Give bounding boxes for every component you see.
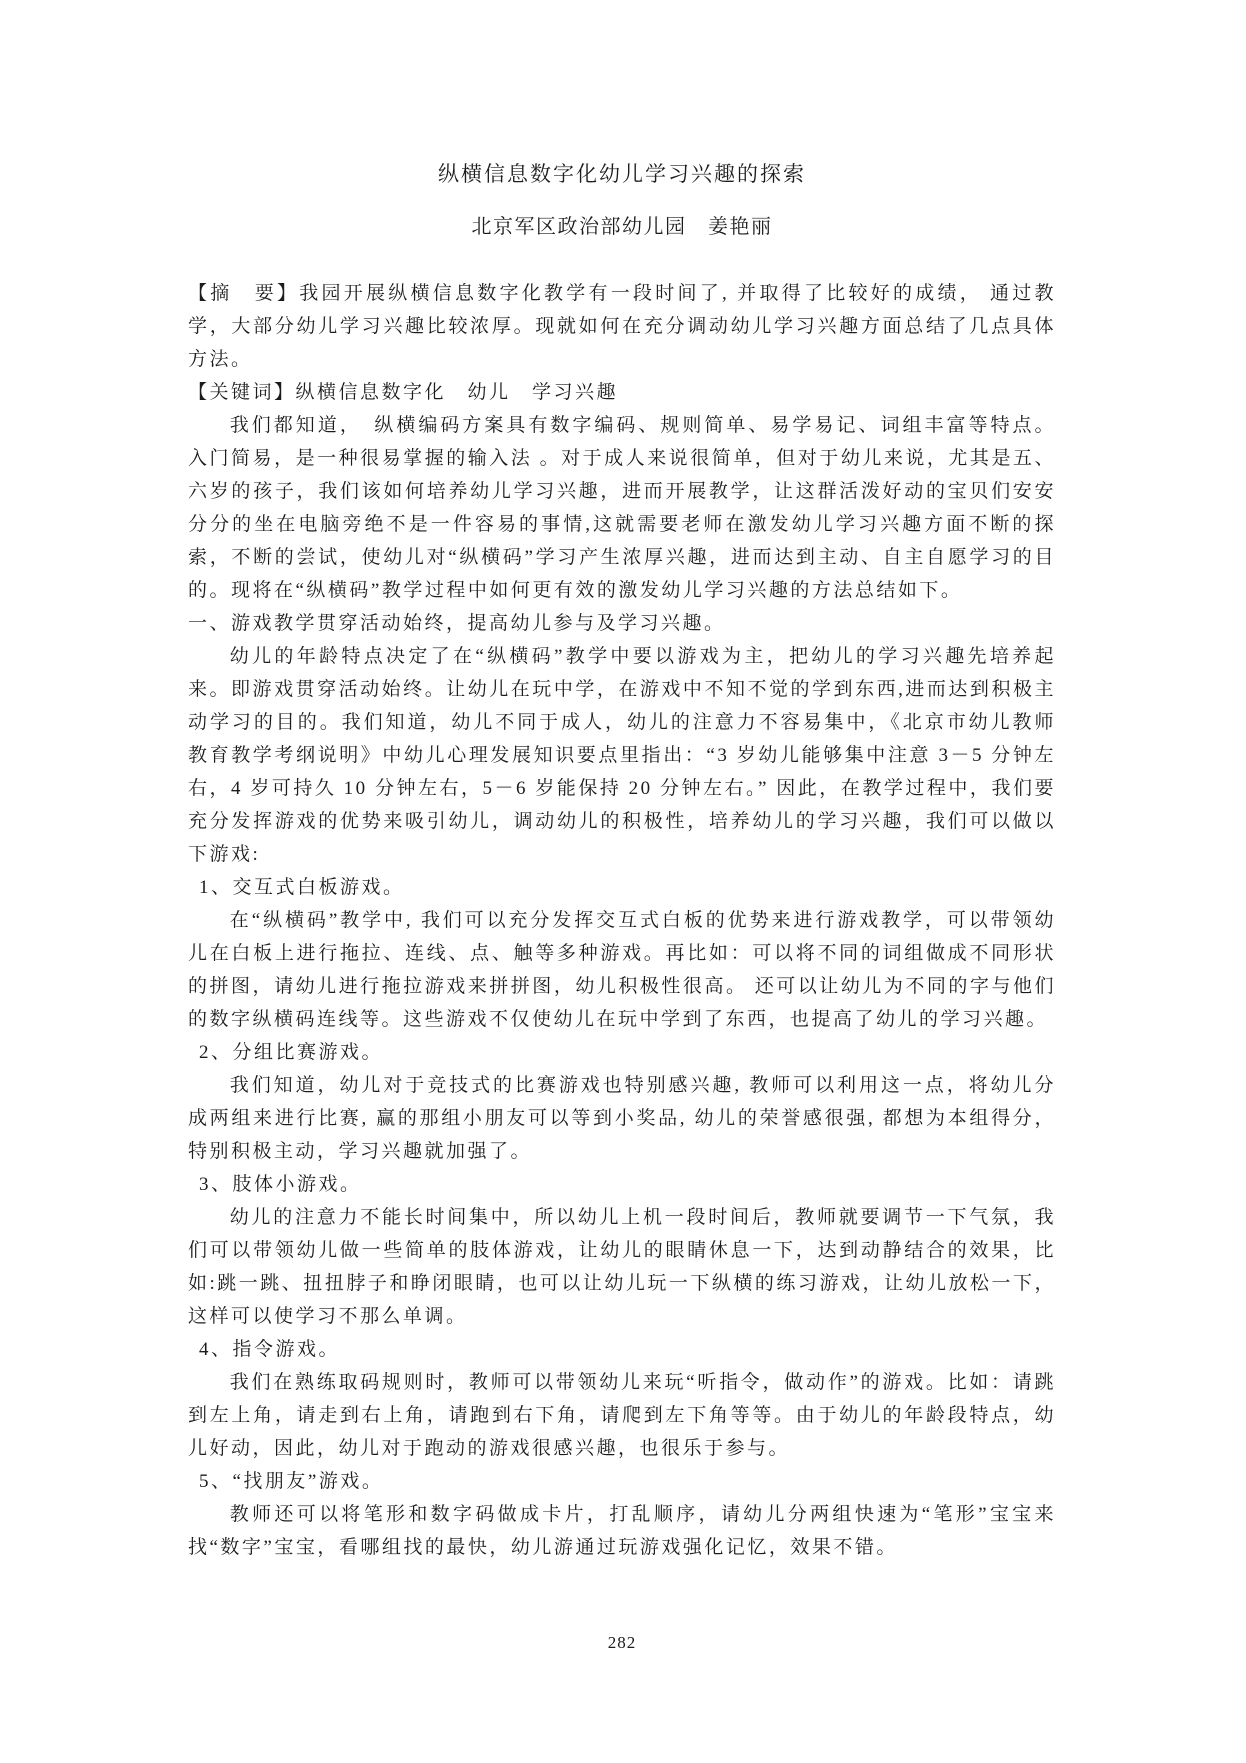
subheading-game-3: 3、肢体小游戏。 [188,1168,1056,1201]
subheading-game-1: 1、交互式白板游戏。 [188,871,1056,904]
game-2-paragraph: 我们知道，幼儿对于竞技式的比赛游戏也特别感兴趣, 教师可以利用这一点，将幼儿分成… [188,1069,1056,1168]
text-column: 纵横信息数字化幼儿学习兴趣的探索 北京军区政治部幼儿园 姜艳丽 【摘 要】我园开… [188,0,1056,1564]
subheading-game-2: 2、分组比赛游戏。 [188,1036,1056,1069]
game-3-paragraph: 幼儿的注意力不能长时间集中，所以幼儿上机一段时间后，教师就要调节一下气氛，我们可… [188,1201,1056,1333]
page-number: 282 [188,1632,1056,1654]
intro-paragraph: 我们都知道， 纵横编码方案具有数字编码、规则简单、易学易记、词组丰富等特点。入门… [188,409,1056,607]
section-1-paragraph: 幼儿的年龄特点决定了在“纵横码”教学中要以游戏为主，把幼儿的学习兴趣先培养起来。… [188,640,1056,871]
paper-page: 纵横信息数字化幼儿学习兴趣的探索 北京军区政治部幼儿园 姜艳丽 【摘 要】我园开… [0,0,1246,1763]
game-5-paragraph: 教师还可以将笔形和数字码做成卡片，打乱顺序，请幼儿分两组快速为“笔形”宝宝来找“… [188,1498,1056,1564]
paper-title: 纵横信息数字化幼儿学习兴趣的探索 [188,158,1056,191]
author-affiliation-line: 北京军区政治部幼儿园 姜艳丽 [188,211,1056,244]
section-heading-1: 一、游戏教学贯穿活动始终，提高幼儿参与及学习兴趣。 [188,607,1056,640]
game-1-paragraph: 在“纵横码”教学中, 我们可以充分发挥交互式白板的优势来进行游戏教学，可以带领幼… [188,904,1056,1036]
game-4-paragraph: 我们在熟练取码规则时，教师可以带领幼儿来玩“听指令，做动作”的游戏。比如：请跳到… [188,1366,1056,1465]
abstract-paragraph: 【摘 要】我园开展纵横信息数字化教学有一段时间了, 并取得了比较好的成绩， 通过… [188,277,1056,376]
keywords-line: 【关键词】纵横信息数字化 幼儿 学习兴趣 [188,376,1056,409]
subheading-game-5: 5、“找朋友”游戏。 [188,1465,1056,1498]
paper-body: 【摘 要】我园开展纵横信息数字化教学有一段时间了, 并取得了比较好的成绩， 通过… [188,277,1056,1564]
subheading-game-4: 4、指令游戏。 [188,1333,1056,1366]
